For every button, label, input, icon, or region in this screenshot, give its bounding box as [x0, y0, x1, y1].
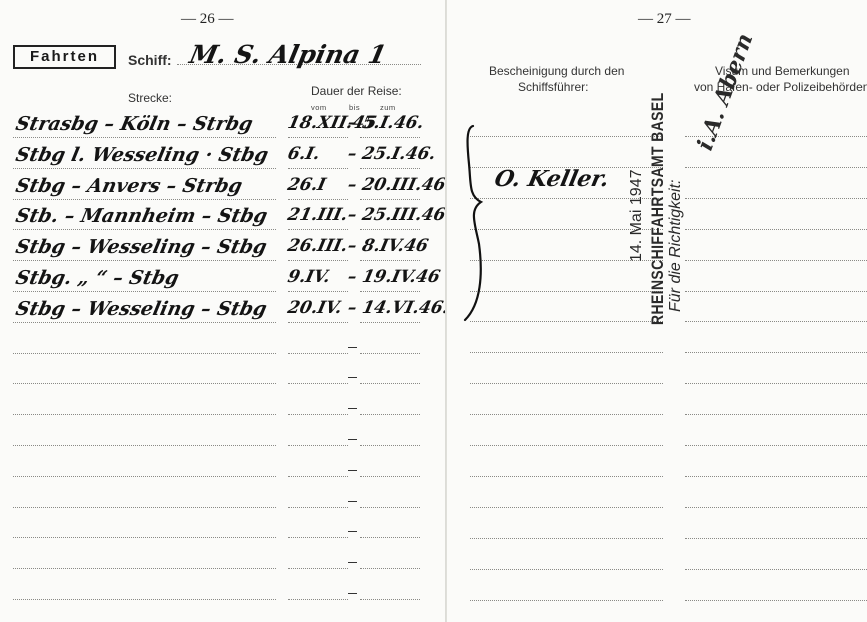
trip-from-date: 20.IV. [286, 298, 344, 318]
dotted-line [288, 383, 348, 384]
dotted-line [288, 260, 348, 261]
authority-dotted-line [685, 507, 867, 508]
authority-dotted-line [685, 229, 867, 230]
page-number: — 27 — [638, 11, 691, 28]
trip-to-date: – 20.III.46 [346, 175, 448, 195]
stamp-attestation: Für die Richtigkeit: [667, 180, 685, 313]
ship-label: Schiff: [128, 52, 172, 68]
dash-mark [348, 347, 357, 348]
brace-icon [463, 124, 491, 324]
authority-dotted-line [685, 569, 867, 570]
dotted-line [288, 137, 348, 138]
dotted-line [360, 291, 420, 292]
dotted-line [360, 383, 420, 384]
captain-dotted-line [470, 476, 663, 477]
trip-to-date: – 19.IV.46 [346, 267, 442, 287]
trip-from-date: 9.IV. [286, 267, 332, 287]
dotted-line [13, 229, 276, 230]
dotted-line [288, 353, 348, 354]
authority-dotted-line [685, 600, 867, 601]
captain-dotted-line [470, 600, 663, 601]
dotted-line [360, 322, 420, 323]
captain-dotted-line [470, 507, 663, 508]
duration-header: Dauer der Reise: [311, 84, 402, 98]
authority-dotted-line [685, 445, 867, 446]
dotted-line [288, 537, 348, 538]
dotted-line [288, 414, 348, 415]
authority-dotted-line [685, 260, 867, 261]
trip-route: Strasbg – Köln – Strbg [14, 113, 255, 135]
captain-dotted-line [470, 136, 663, 137]
dash-mark [348, 501, 357, 502]
dotted-line [13, 414, 276, 415]
dash-mark [348, 377, 357, 378]
dash-mark [348, 439, 357, 440]
trip-from-date: 26.I [286, 175, 328, 195]
dotted-line [13, 353, 276, 354]
left-page: — 26 — Fahrten Schiff: M. S. Alpina 1 St… [0, 0, 446, 622]
authority-dotted-line [685, 167, 867, 168]
dotted-line [360, 137, 420, 138]
section-title: Fahrten [13, 45, 116, 69]
page-number: — 26 — [181, 11, 234, 28]
stamp-date: 14. Mai 1947 [628, 169, 646, 262]
trip-from-date: 26.III. [286, 236, 350, 256]
dotted-line [288, 322, 348, 323]
authority-dotted-line [685, 321, 867, 322]
dotted-line [13, 260, 276, 261]
authority-dotted-line [685, 383, 867, 384]
dotted-line [360, 507, 420, 508]
dotted-line [360, 445, 420, 446]
captain-dotted-line [470, 569, 663, 570]
to-label: zum [380, 103, 396, 112]
route-header: Strecke: [128, 91, 172, 105]
dotted-line [13, 445, 276, 446]
authority-dotted-line [685, 414, 867, 415]
captain-dotted-line [470, 414, 663, 415]
dash-mark [348, 408, 357, 409]
trip-route: Stb. – Mannheim – Stbg [14, 205, 270, 227]
dotted-line [288, 599, 348, 600]
captain-header-line1: Bescheinigung durch den [489, 64, 624, 78]
captain-dotted-line [470, 383, 663, 384]
dotted-line [13, 537, 276, 538]
dotted-line [360, 168, 420, 169]
dotted-line [13, 568, 276, 569]
dotted-line [288, 507, 348, 508]
trip-from-date: 21.III. [286, 205, 350, 225]
dotted-line [13, 291, 276, 292]
dotted-line [288, 199, 348, 200]
until-label: bis [349, 103, 360, 112]
dotted-line [288, 476, 348, 477]
dotted-line [13, 599, 276, 600]
dotted-line [13, 507, 276, 508]
dotted-line [360, 353, 420, 354]
captain-header-line2: Schiffsführer: [518, 80, 588, 94]
trip-route: Stbg – Wesseling – Stbg [14, 236, 269, 258]
from-label: vom [311, 103, 327, 112]
ship-name: M. S. Alpina 1 [187, 40, 389, 69]
dotted-line [288, 229, 348, 230]
dotted-line [360, 476, 420, 477]
dotted-line [360, 599, 420, 600]
dash-mark [348, 531, 357, 532]
trip-route: Stbg – Anvers – Strbg [14, 175, 245, 197]
captain-dotted-line [470, 352, 663, 353]
dotted-line [360, 414, 420, 415]
trip-route: Stbg. „ “ – Stbg [14, 267, 181, 289]
dotted-line [360, 229, 420, 230]
right-page: — 27 — Bescheinigung durch den Schiffsfü… [447, 0, 867, 622]
captain-dotted-line [470, 321, 663, 322]
captain-dotted-line [470, 291, 663, 292]
dotted-line [288, 291, 348, 292]
captain-dotted-line [470, 538, 663, 539]
dash-mark [348, 593, 357, 594]
dash-mark [348, 562, 357, 563]
dotted-line [13, 476, 276, 477]
stamp-office: RHEINSCHIFFAHRTSAMT BASEL [648, 92, 668, 325]
captain-signature: O. Keller. [492, 166, 611, 192]
captain-dotted-line [470, 445, 663, 446]
dash-mark [348, 470, 357, 471]
trip-to-date: – 25.III.46 [346, 205, 448, 225]
dotted-line [13, 383, 276, 384]
trip-to-date: – 5.I.46. [346, 113, 426, 133]
trip-route: Stbg l. Wesseling · Stbg [14, 144, 271, 166]
dotted-line [288, 168, 348, 169]
trip-from-date: 6.I. [286, 144, 322, 164]
trip-to-date: – 14.VI.46. [346, 298, 451, 318]
dotted-line [360, 568, 420, 569]
authority-dotted-line [685, 352, 867, 353]
authority-dotted-line [685, 476, 867, 477]
dotted-line [13, 168, 276, 169]
dotted-line [13, 199, 276, 200]
authority-dotted-line [685, 538, 867, 539]
authority-dotted-line [685, 198, 867, 199]
dotted-line [288, 445, 348, 446]
dotted-line [288, 568, 348, 569]
dotted-line [13, 322, 276, 323]
trip-route: Stbg – Wesseling – Stbg [14, 298, 269, 320]
dotted-line [360, 537, 420, 538]
dotted-line [360, 260, 420, 261]
authority-dotted-line [685, 291, 867, 292]
dotted-line [360, 199, 420, 200]
trip-to-date: – 25.I.46. [346, 144, 438, 164]
dotted-line [13, 137, 276, 138]
trip-to-date: – 8.IV.46 [346, 236, 430, 256]
